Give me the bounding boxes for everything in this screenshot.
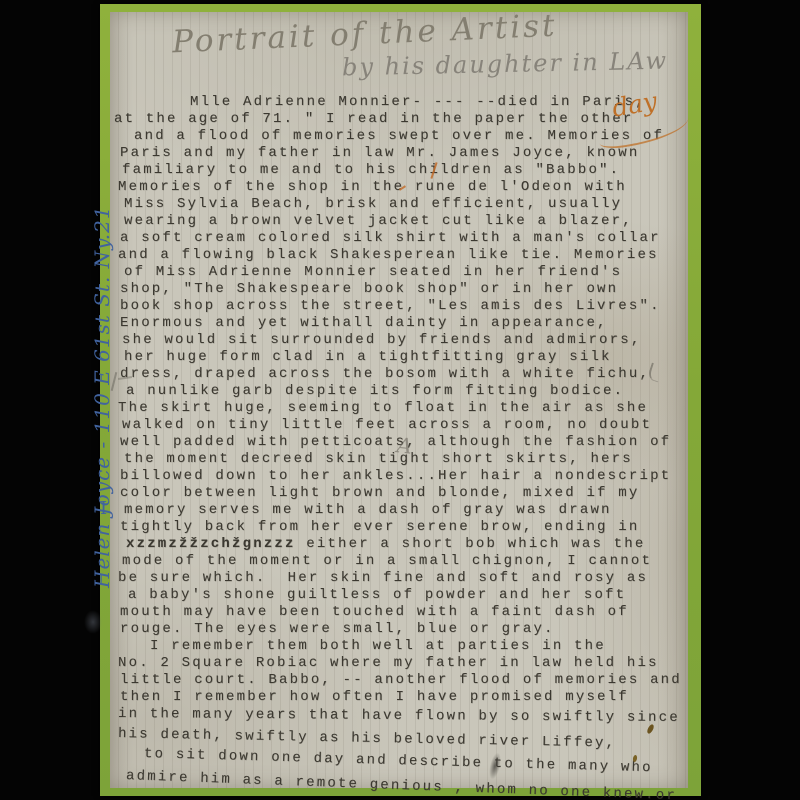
typed-line: then I remember how often I have promise…: [120, 689, 694, 706]
typed-line: be sure which. Her skin fine and soft an…: [118, 570, 694, 587]
overstrike-word: xzzmzžžzchžgnzzz: [126, 536, 296, 552]
typed-line: No. 2 Square Robiac where my father in l…: [118, 655, 694, 672]
typed-line: The skirt huge, seeming to float in the …: [118, 400, 694, 417]
typed-line: and a flowing black Shakesperean like ti…: [118, 247, 694, 264]
typed-line: a nunlike garb despite its form fitting …: [126, 383, 694, 400]
typed-line: Enormous and yet withall dainty in appea…: [120, 315, 694, 332]
typed-line: walked on tiny little feet across a room…: [122, 417, 694, 434]
typed-line: Miss Sylvia Beach, brisk and efficient, …: [124, 196, 694, 213]
typed-line: in the many years that have flown by so …: [118, 706, 694, 727]
pencil-correction-letter: A: [396, 433, 414, 458]
typed-line: little court. Babbo, -- another flood of…: [120, 672, 694, 689]
typed-line: color between light brown and blonde, mi…: [120, 485, 694, 502]
typed-line: wearing a brown velvet jacket cut like a…: [124, 213, 694, 230]
typed-line: her huge form clad in a tightfitting gra…: [124, 349, 694, 366]
typed-line: shop, "The Shakespeare book shop" or in …: [120, 281, 694, 298]
photo-background: Mlle Adrienne Monnier- --- --died in Par…: [0, 0, 800, 800]
typed-line: a baby's shone guiltless of powder and h…: [128, 587, 694, 604]
typed-line: mouth may have been touched with a faint…: [120, 604, 694, 621]
typed-line: mode of the moment or in a small chignon…: [122, 553, 694, 570]
typed-line: billowed down to her ankles...Her hair a…: [120, 468, 694, 485]
typed-line: book shop across the street, "Les amis d…: [120, 298, 694, 315]
typed-line: familiary to me and to his children as "…: [122, 162, 694, 179]
typed-line: memory serves me with a dash of gray was…: [124, 502, 694, 519]
blue-ink-tick: I: [100, 498, 107, 519]
typed-line: tightly back from her ever serene brow, …: [120, 519, 694, 536]
typed-line: of Miss Adrienne Monnier seated in her f…: [124, 264, 694, 281]
typed-line: she would sit surrounded by friends and …: [122, 332, 694, 349]
typed-line: I remember them both well at parties in …: [150, 638, 694, 655]
blue-margin-note: Helen Joyce - 110 E 61st St. Ny.21: [90, 128, 114, 588]
typed-line: rouge. The eyes were small, blue or gray…: [120, 621, 694, 638]
typed-line: xzzmzžžzchžgnzzz either a short bob whic…: [126, 536, 694, 553]
typed-line: Memories of the shop in the rune de l'Od…: [118, 179, 694, 196]
typed-line: dress, draped across the bosom with a wh…: [120, 366, 694, 383]
gray-smudge: [84, 610, 102, 634]
typed-line: a soft cream colored silk shirt with a m…: [120, 230, 694, 247]
